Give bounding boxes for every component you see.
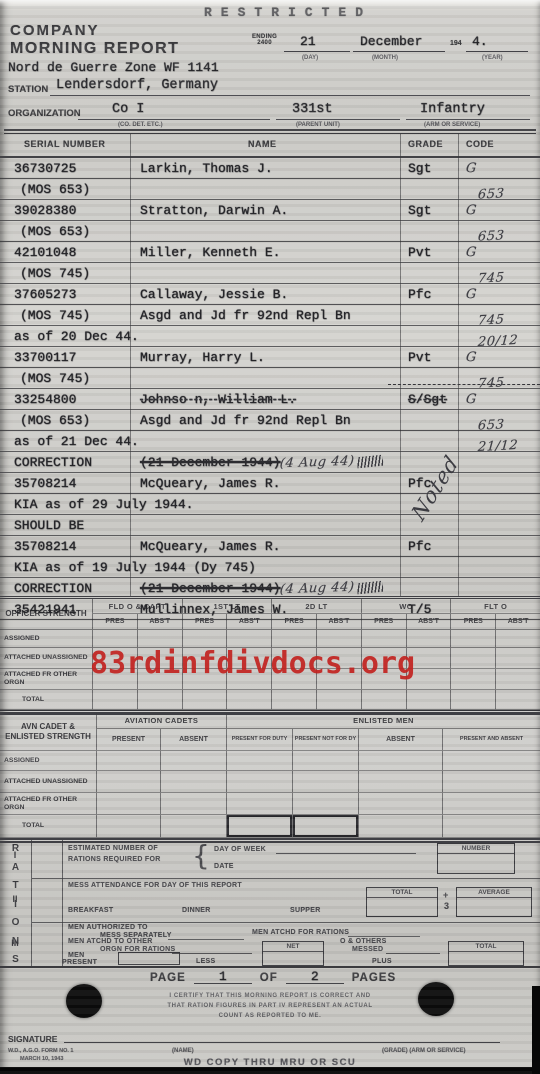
classification-stamp: RESTRICTED [204,5,372,20]
code-cell: 745 [458,263,540,283]
serial-text: as of 21 Dec 44. [14,434,139,449]
strength-value-cell [182,690,227,710]
name-cell: McQueary, James R. [130,536,410,556]
serial-cell: 36730725 [0,158,144,178]
serial-cell: (MOS 653) [0,221,150,241]
org-unit-caption: (CO. DET. ETC.) [118,122,163,128]
serial-cell: as of 20 Dec 44. [0,326,414,346]
name-cell: (21 December 1944)(4 Aug 44) [130,578,410,598]
serial-text: 33700117 [14,350,76,365]
code-cell: 653 [458,179,540,199]
rations-total-box: TOTAL [448,941,524,966]
serial-text: 39028380 [14,203,76,218]
of-label: OF [260,972,278,984]
code-cell: G [458,347,540,367]
grade-text: Pvt [408,245,431,260]
name-cell: Asgd and Jd fr 92nd Repl Bn [130,410,410,430]
scan-edge-artifact [532,986,540,1074]
strength-value-cell [226,793,292,815]
serial-cell: (MOS 745) [0,305,150,325]
grade-text: Sgt [408,161,431,176]
strength-value-cell [450,669,495,690]
blank-line [168,939,244,940]
rations-section: RATIONS I II III ESTIMATED NUMBER OF RAT… [0,838,540,968]
col-name: NAME [248,139,277,149]
table-row: SHOULD BE [0,515,540,536]
rations-numeral-column [32,840,63,968]
serial-text: CORRECTION [14,581,92,596]
grade-cell: S/Sgt [400,389,466,409]
strength-value-cell [406,690,451,710]
name-cell: Murray, Harry L. [130,347,410,367]
serial-cell: KIA as of 19 July 1944 (Dy 745) [0,557,414,577]
table-row: 37605273Callaway, Jessie B.PfcG [0,284,540,305]
rations-letter: O [12,917,20,928]
page-indicator: PAGE 1 OF 2 PAGES [150,970,396,984]
strength-value-cell [96,793,160,815]
form-id-line1: W.D., A.G.O. FORM NO. 1 [8,1048,74,1054]
strength-row-label: ATTACHED FR OTHER ORGN [0,669,92,690]
serial-text: 33254800 [14,392,76,407]
grade-cell [400,305,466,325]
serial-cell: (MOS 745) [0,263,150,283]
grade-caption: (GRADE) (ARM OR SERVICE) [382,1048,466,1054]
strength-value-cell [292,815,358,838]
code-cell: G [458,389,540,409]
hole-punch-right [418,982,454,1016]
serial-text: (MOS 653) [20,182,90,197]
serial-text: (MOS 745) [20,371,90,386]
section-numeral-1: I [0,850,30,860]
sub-header: ABSENT [358,729,442,751]
code-cell: G [458,242,540,262]
grade-cell [400,179,466,199]
name-cell: (21 December 1944)(4 Aug 44) [130,452,410,472]
rations-est-line1: ESTIMATED NUMBER OF [68,845,158,852]
o-and-others-label: O & OTHERS [340,938,387,945]
strength-value-cell [96,771,160,793]
strength-value-cell [358,771,442,793]
name-caption: (NAME) [172,1048,194,1054]
table-row: 36730725Larkin, Thomas J.SgtG [0,158,540,179]
strength-row-label: TOTAL [0,690,92,710]
pen-scribble [356,455,383,469]
table-row: 33254800Johnso n, William L.S/SgtG [0,389,540,410]
strength-value-cell [495,630,540,648]
grade-cell: Sgt [400,200,466,220]
table-row: (MOS 653)653 [0,179,540,200]
serial-cell: CORRECTION [0,452,144,472]
grade-cell: Pvt [400,242,466,262]
blank-line [276,853,416,854]
serial-text: as of 20 Dec 44. [14,329,139,344]
strength-value-cell [137,690,182,710]
divider [32,922,540,923]
pen-scribble [356,581,383,595]
serial-text: 37605273 [14,287,76,302]
blank-line [276,103,400,120]
serial-cell: as of 21 Dec 44. [0,431,414,451]
strength-value-cell [96,815,160,838]
number-box-label: NUMBER [438,844,514,854]
handwritten-code: G [465,348,478,367]
breakfast-label: BREAKFAST [68,907,113,914]
name-text: McQueary, James R. [140,476,280,491]
strength-value-cell [358,793,442,815]
blank-line [284,35,350,52]
roster-body: 36730725Larkin, Thomas J.SgtG(MOS 653)65… [0,158,540,620]
date-label: DATE [214,863,234,870]
divider [32,878,540,879]
code-cell: 653 [458,410,540,430]
dinner-label: DINNER [182,907,211,914]
strength-value-cell [450,648,495,669]
strength-value-cell [226,690,271,710]
serial-text: 35708214 [14,539,76,554]
blank-line [386,953,440,954]
blank-line [353,35,445,52]
rations-total-label: TOTAL [449,942,523,952]
serial-cell: 37605273 [0,284,144,304]
men-atchd-other-label: MEN ATCHD TO OTHER [68,938,153,945]
strength-value-cell [292,771,358,793]
strength-row-label: ATTACHED UNASSIGNED [0,648,92,669]
zone-line: Nord de Guerre Zone WF 1141 [8,60,219,75]
grade-text: S/Sgt [408,392,447,407]
average-box: AVERAGE [456,887,532,917]
group-header: ENLISTED MEN [226,713,540,729]
code-cell [458,557,540,577]
strength-value-cell [160,751,226,771]
rations-letter: T [12,880,18,891]
serial-cell: 35708214 [0,536,144,556]
page-number: 1 [194,970,252,984]
table-row: 35708214McQueary, James R.Pfc [0,473,540,494]
strength-value-cell [160,793,226,815]
sub-header: ABSENT [160,729,226,751]
name-cell: Larkin, Thomas J. [130,158,410,178]
code-cell: G [458,200,540,220]
name-cell: Johnso n, William L. [130,389,410,409]
grade-cell [400,221,466,241]
blank-line [78,103,270,120]
strength-row-label: ASSIGNED [0,751,96,771]
name-cell: McQueary, James R. [130,473,410,493]
org-parent-caption: (PARENT UNIT) [296,122,340,128]
table-row: KIA as of 19 July 1944 (Dy 745) [0,557,540,578]
grade-cell: Pfc [400,284,466,304]
table-row: 35421941Mullinnex, James W.T/5 [0,599,540,620]
name-cell: Mullinnex, James W. [130,599,410,619]
grade-cell [400,368,466,388]
name-text: McQueary, James R. [140,539,280,554]
strength-value-cell [442,751,540,771]
strength-value-cell [450,690,495,710]
code-cell: 20/12 [458,326,540,346]
serial-text: SHOULD BE [14,518,84,533]
code-cell [458,452,540,472]
strength-value-cell [495,690,540,710]
name-text: (21 December 1944) [140,581,280,596]
blank-line [172,953,252,954]
strength-value-cell [92,690,137,710]
ending-block: ENDING 2400 [252,34,277,46]
number-box: NUMBER [437,843,515,874]
strength-value-cell [361,690,406,710]
strength-value-cell [226,771,292,793]
serial-text: 35421941 [14,602,76,617]
supper-label: SUPPER [290,907,321,914]
pages-total: 2 [286,970,344,984]
table-row: 39028380Stratton, Darwin A.SgtG [0,200,540,221]
hole-punch-left [66,984,102,1018]
serial-cell: 35421941 [0,599,144,619]
blank-line [466,35,528,52]
serial-text: 35708214 [14,476,76,491]
strength-value-cell [316,690,361,710]
day-caption: (DAY) [302,55,318,61]
name-cell: Miller, Kenneth E. [130,242,410,262]
serial-text: (MOS 653) [20,224,90,239]
strength-row-label: TOTAL [0,815,96,838]
grade-text: Pvt [408,350,431,365]
strength-value-cell [226,815,292,838]
strength-value-cell [96,751,160,771]
serial-cell: SHOULD BE [0,515,414,535]
grade-text: Pfc [408,539,431,554]
table-row: as of 21 Dec 44.21/12 [0,431,540,452]
serial-cell: 33254800 [0,389,144,409]
name-text: Miller, Kenneth E. [140,245,280,260]
strength-row-label: ASSIGNED [0,630,92,648]
serial-text: (MOS 745) [20,266,90,281]
strength-value-cell [442,771,540,793]
serial-cell: (MOS 653) [0,179,150,199]
serial-text: KIA as of 29 July 1944. [14,497,193,512]
table-row: KIA as of 29 July 1944. [0,494,540,515]
signature-label: SIGNATURE [8,1034,57,1044]
serial-text: KIA as of 19 July 1944 (Dy 745) [14,560,256,575]
form-header: COMPANY MORNING REPORT ENDING 2400 21 De… [0,22,540,134]
handwritten-code: G [465,201,478,220]
less-label: LESS [196,958,215,965]
serial-cell: (MOS 653) [0,410,150,430]
divide-sign: + [443,890,449,900]
code-cell: 653 [458,221,540,241]
handwritten-correction: (4 Aug 44) [279,578,355,600]
col-serial-number: SERIAL NUMBER [24,139,105,149]
men-atchd-rations-label: MEN ATCHD FOR RATIONS [252,929,349,936]
grade-text: Sgt [408,203,431,218]
table-corner-title: AVN CADET & ENLISTED STRENGTH [0,713,96,751]
handwritten-code: G [465,243,478,262]
code-cell: G [458,158,540,178]
strength-value-cell [271,690,316,710]
brace-glyph: { [192,839,210,872]
plus-label: PLUS [372,958,392,965]
name-text: Larkin, Thomas J. [140,161,273,176]
form-title-line1: COMPANY [10,22,100,39]
name-text: Johnso n, William L. [140,392,296,407]
code-cell: 745 [458,305,540,325]
table-row: (MOS 745)Asgd and Jd fr 92nd Repl Bn745 [0,305,540,326]
grade-cell [400,578,466,598]
divisor: 3 [444,901,449,911]
serial-text: (MOS 745) [20,308,90,323]
average-box-label: AVERAGE [457,888,531,898]
rations-est-line2: RATIONS REQUIRED FOR [68,856,161,863]
code-cell: 745 [458,368,540,388]
grade-cell: Pvt [400,347,466,367]
organization-label: ORGANIZATION [8,108,81,119]
group-header: AVIATION CADETS [96,713,226,729]
form-title-line2: MORNING REPORT [10,40,179,58]
men-label: MEN [68,952,84,959]
col-code: CODE [466,139,494,149]
page-label: PAGE [150,972,186,984]
dashed-strikeout [388,384,540,385]
cadet-enlisted-table: AVN CADET & ENLISTED STRENGTHAVIATION CA… [0,710,540,843]
ending-time: 2400 [252,40,277,46]
rations-letter: S [12,954,19,965]
serial-text: (MOS 653) [20,413,90,428]
strength-value-cell [358,815,442,838]
code-cell [458,515,540,535]
month-caption: (MONTH) [372,55,398,61]
name-text: (21 December 1944) [140,455,280,470]
morning-report-scan: RESTRICTED COMPANY MORNING REPORT ENDING… [0,0,540,1074]
sub-header: PRESENT NOT FOR DY [292,729,358,751]
grade-cell: Pfc [400,536,466,556]
year-prefix: 194 [450,40,462,47]
serial-cell: 42101048 [0,242,144,262]
table-row: 42101048Miller, Kenneth E.PvtG [0,242,540,263]
strength-value-cell [442,793,540,815]
serial-cell: CORRECTION [0,578,144,598]
mess-total-box: TOTAL [366,887,438,917]
blank-line [50,79,530,96]
men-present-box [118,952,180,965]
col-grade: GRADE [408,139,443,149]
handwritten-code: G [465,390,478,409]
section-numeral-2: II [0,894,30,904]
men-authorized-label: MEN AUTHORIZED TO [68,924,148,931]
station-label: STATION [8,84,48,95]
table-row: CORRECTION(21 December 1944)(4 Aug 44) [0,578,540,599]
roster-header: SERIAL NUMBER NAME GRADE CODE [0,134,540,158]
code-cell: G [458,284,540,304]
code-cell [458,536,540,556]
name-cell: Callaway, Jessie B. [130,284,410,304]
code-cell [458,578,540,598]
strength-value-cell [495,669,540,690]
code-cell [458,494,540,514]
section-numeral-3: III [0,938,30,948]
name-cell [130,179,410,199]
day-of-week-label: DAY OF WEEK [214,846,266,853]
grade-cell: Sgt [400,158,466,178]
table-row: (MOS 653)653 [0,221,540,242]
strength-value-cell [292,751,358,771]
name-cell [130,221,410,241]
org-arm-caption: (ARM OR SERVICE) [424,122,480,128]
name-cell: Asgd and Jd fr 92nd Repl Bn [130,305,410,325]
messed-label: MESSED [352,946,383,953]
name-text: Asgd and Jd fr 92nd Repl Bn [140,308,351,323]
blank-line [406,103,530,120]
table-row: as of 20 Dec 44.20/12 [0,326,540,347]
present-label: PRESENT [62,959,97,966]
grade-text: T/5 [408,602,431,617]
strength-value-cell [226,751,292,771]
net-box-label: NET [263,942,323,952]
code-cell [458,473,540,493]
year-caption: (YEAR) [482,55,503,61]
net-box: NET [262,941,324,966]
code-cell: 21/12 [458,431,540,451]
name-cell: Stratton, Darwin A. [130,200,410,220]
table-row: (MOS 653)Asgd and Jd fr 92nd Repl Bn653 [0,410,540,431]
scan-edge-artifact [0,1067,540,1074]
table-row: (MOS 745)745 [0,263,540,284]
serial-text: 36730725 [14,161,76,176]
strength-value-cell [358,751,442,771]
strength-value-cell [442,815,540,838]
sub-header: PRESENT [96,729,160,751]
serial-cell: 35708214 [0,473,144,493]
form-footer: PAGE 1 OF 2 PAGES I CERTIFY THAT THIS MO… [0,966,540,1074]
strength-value-cell [292,793,358,815]
sub-header: PRESENT FOR DUTY [226,729,292,751]
serial-cell: 39028380 [0,200,144,220]
serial-cell: (MOS 745) [0,368,150,388]
handwritten-code: G [465,285,478,304]
sub-header: PRESENT AND ABSENT [442,729,540,751]
grade-text: Pfc [408,287,431,302]
name-cell [130,368,410,388]
serial-cell: KIA as of 29 July 1944. [0,494,414,514]
strength-value-cell [160,815,226,838]
strength-value-cell [160,771,226,793]
name-text: Murray, Harry L. [140,350,265,365]
name-text: Mullinnex, James W. [140,602,288,617]
handwritten-correction: (4 Aug 44) [279,452,355,474]
table-row: 35708214McQueary, James R.Pfc [0,536,540,557]
table-row: (MOS 745)745 [0,368,540,389]
roster-table: SERIAL NUMBER NAME GRADE CODE 36730725La… [0,134,540,596]
strength-value-cell [495,648,540,669]
rations-letter: A [12,862,19,873]
name-cell [130,263,410,283]
name-text: Callaway, Jessie B. [140,287,288,302]
serial-text: 42101048 [14,245,76,260]
signature-line [64,1042,500,1043]
handwritten-code: G [465,159,478,178]
grade-cell: T/5 [400,599,466,619]
serial-cell: 33700117 [0,347,144,367]
strength-row-label: ATTACHED FR OTHER ORGN [0,793,96,815]
code-cell [458,599,540,619]
name-text: Asgd and Jd fr 92nd Repl Bn [140,413,351,428]
name-text: Stratton, Darwin A. [140,203,288,218]
blank-line [348,936,420,937]
mess-attendance-label: MESS ATTENDANCE FOR DAY OF THIS REPORT [68,882,242,889]
pages-label: PAGES [352,972,396,984]
serial-text: CORRECTION [14,455,92,470]
strength-row-label: ATTACHED UNASSIGNED [0,771,96,793]
grade-cell [400,263,466,283]
mess-total-label: TOTAL [367,888,437,898]
